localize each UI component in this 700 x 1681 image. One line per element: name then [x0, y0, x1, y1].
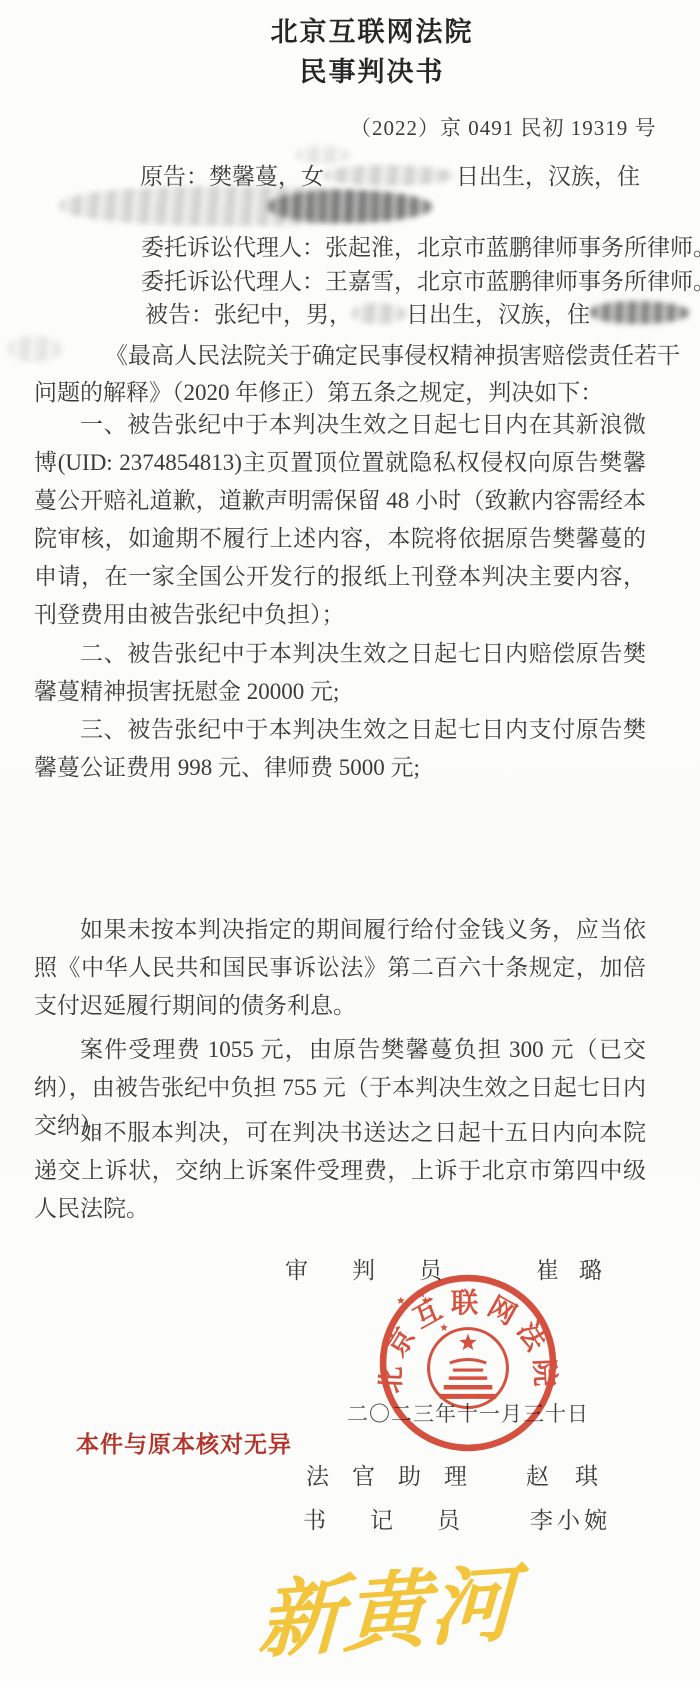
judgment-document-page: 北京互联网法院 民事判决书 （2022）京 0491 民初 19319 号 原告… [0, 0, 700, 1681]
enforcement-paragraph: 如果未按本判决指定的期间履行给付金钱义务，应当依照《中华人民共和国民事诉讼法》第… [34, 911, 646, 1025]
defendant-prefix: 被告：张纪中，男， [145, 302, 352, 327]
redaction-smudge [8, 336, 62, 362]
clerk-name: 李小婉 [530, 1508, 611, 1533]
agent2-line: 委托诉讼代理人：王嘉雪，北京市蓝鹏律师事务所律师。 [141, 263, 700, 296]
court-seal: 北京互联网法院 [377, 1272, 559, 1454]
legal-basis-line2: 问题的解释》（2020 年修正）第五条之规定，判决如下： [34, 374, 603, 407]
judgment-item-3: 三、被告张纪中于本判决生效之日起七日内支付原告樊馨蔓公证费用 998 元、律师费… [34, 711, 646, 787]
assistant-label: 法官助理 [306, 1464, 490, 1489]
redaction-smudge [324, 165, 456, 186]
assistant-row: 法官助理赵琪 [306, 1458, 624, 1491]
plaintiff-suffix: 日出生，汉族，住 [456, 164, 640, 189]
assistant-name: 赵琪 [526, 1464, 624, 1489]
verification-note: 本件与原本核对无异 [76, 1426, 292, 1459]
clerk-label: 书记员 [303, 1508, 504, 1533]
judgment-item-1: 一、被告张纪中于本判决生效之日起七日内在其新浪微博(UID: 237485481… [34, 406, 646, 634]
appeal-paragraph: 如不服本判决，可在判决书送达之日起十五日内向本院递交上诉状，交纳上诉案件受理费，… [34, 1114, 646, 1228]
redaction-smudge [590, 301, 690, 324]
redaction-smudge [296, 146, 350, 164]
xinhuanghe-watermark: 新黄河 [257, 1563, 517, 1665]
redaction-smudge [268, 190, 433, 223]
case-number: （2022）京 0491 民初 19319 号 [350, 112, 657, 142]
defendant-suffix: 日出生，汉族，住 [406, 302, 590, 327]
doc-type-title: 民事判决书 [44, 50, 700, 89]
clerk-row: 书记员李小婉 [303, 1502, 611, 1535]
judgment-item-2: 二、被告张纪中于本判决生效之日起七日内赔偿原告樊馨蔓精神损害抚慰金 20000 … [34, 635, 646, 711]
defendant-line: 被告：张纪中，男，日出生，汉族，住 [145, 296, 690, 329]
court-title: 北京互联网法院 [44, 10, 700, 49]
agent1-line: 委托诉讼代理人：张起淮，北京市蓝鹏律师事务所律师。 [141, 229, 700, 262]
redaction-smudge [352, 303, 406, 324]
legal-basis-line1: 《最高人民法院关于确定民事侵权精神损害赔偿责任若干 [105, 337, 680, 370]
